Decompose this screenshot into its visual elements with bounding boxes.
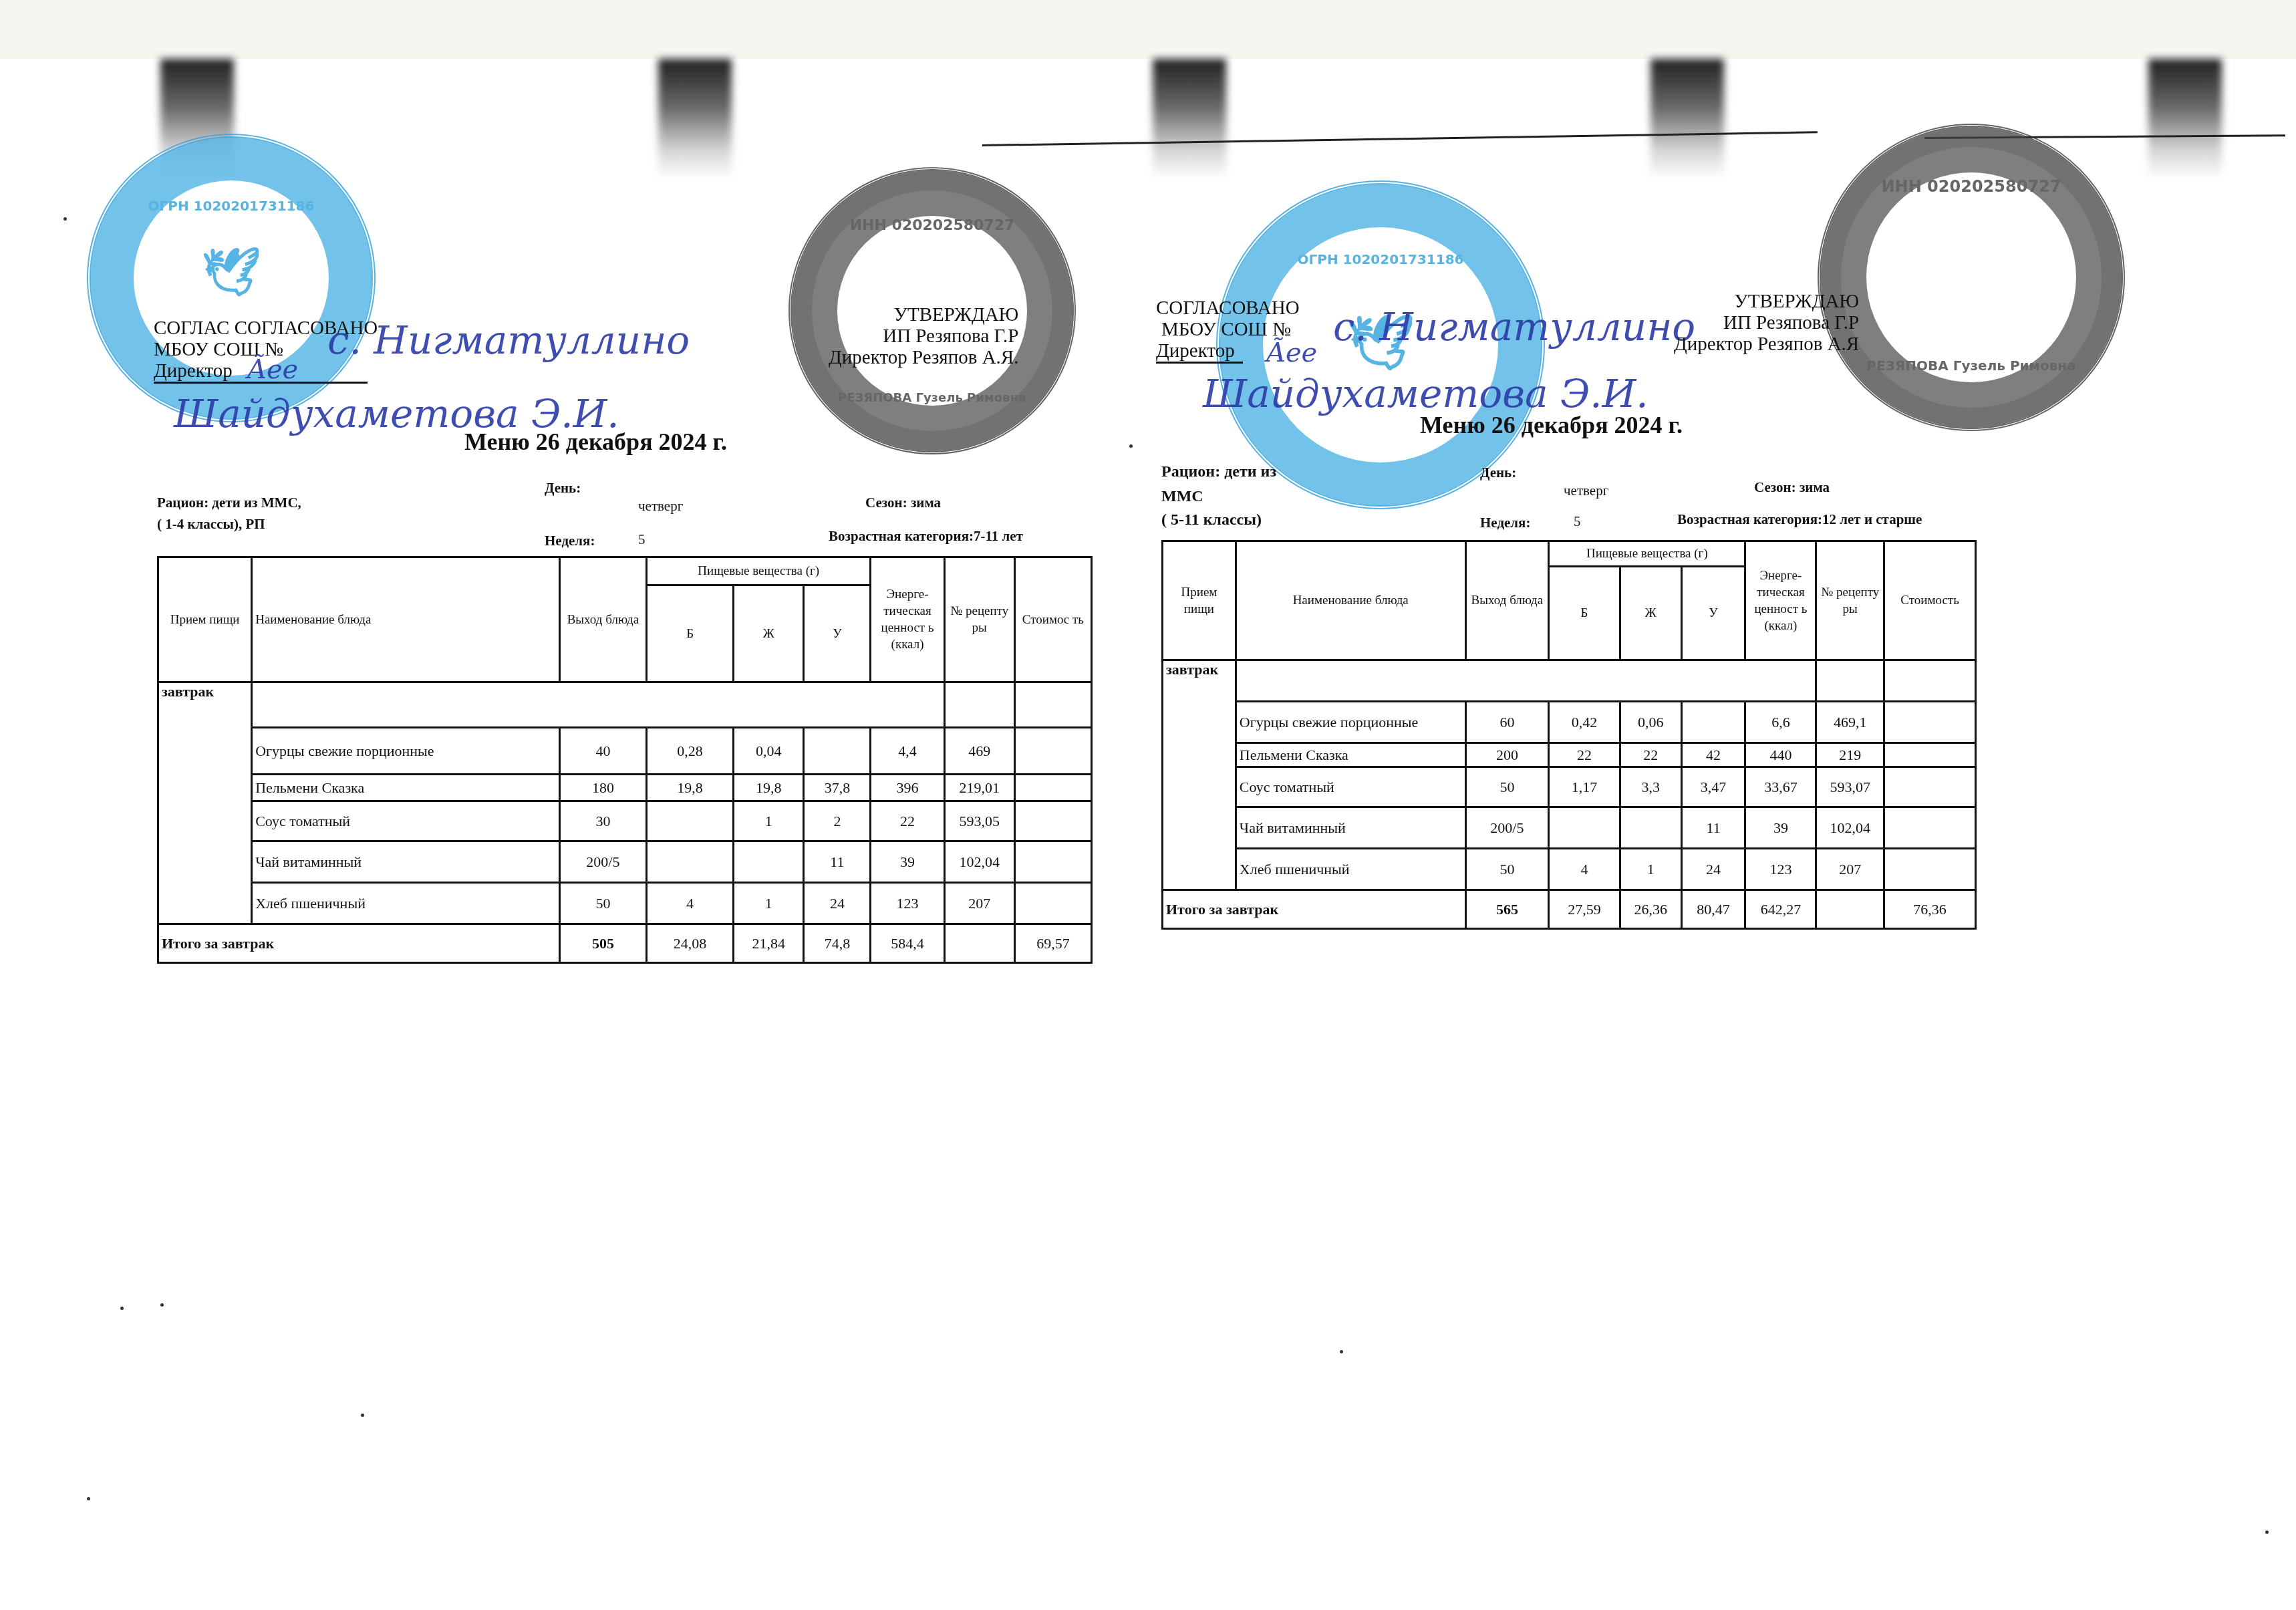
total-row: Итого за завтрак50524,0821,8474,8584,469… [158, 924, 1092, 963]
header-meal: Прием пищи [1163, 541, 1236, 660]
recipe-number: 469,1 [1816, 702, 1884, 743]
yield: 50 [1465, 767, 1549, 807]
fat: 1 [734, 801, 804, 841]
header-yield: Выход блюда [1465, 541, 1549, 660]
approved-role: Директор Резяпов А.Я. [829, 347, 1018, 368]
total-energy: 642,27 [1745, 890, 1816, 929]
cost [1014, 775, 1091, 801]
dish-name: Огурцы свежие порционные [1236, 702, 1465, 743]
protein [647, 841, 734, 883]
approved-block: УТВЕРЖДАЮ ИП Резяпова Г.Р Директор Резяп… [1674, 291, 1859, 355]
recipe-number: 593,07 [1816, 767, 1884, 807]
recipe-number: 593,05 [944, 801, 1014, 841]
carbs: 37,8 [804, 775, 871, 801]
protein: 1,17 [1549, 767, 1620, 807]
fat: 0,04 [734, 728, 804, 775]
carbs: 24 [1681, 849, 1745, 890]
meal-spacer [1236, 660, 1816, 702]
cost [1014, 883, 1091, 924]
header-carbs: У [1681, 567, 1745, 660]
total-cost: 76,36 [1884, 890, 1976, 929]
energy: 440 [1745, 743, 1816, 767]
total-recipe [1816, 890, 1884, 929]
carbs [1681, 702, 1745, 743]
season: Сезон: зима [865, 495, 941, 511]
protein: 19,8 [647, 775, 734, 801]
day-value: четверг [1564, 483, 1608, 499]
scan-dust [361, 1414, 364, 1417]
stamp-inn: ИНН 020202580727 [792, 217, 1072, 234]
scan-smear [2148, 59, 2222, 179]
header-fat: Ж [1620, 567, 1681, 660]
protein: 0,28 [647, 728, 734, 775]
stamp-name: РЕЗЯПОВА Гузель Римовна [792, 391, 1072, 405]
agreed-label: СОГЛАСОВАНО [1156, 297, 1300, 319]
ration-label: Рацион: дети из [1161, 463, 1276, 481]
dish-name: Соус томатный [1236, 767, 1465, 807]
age-category: Возрастная категория:7-11 лет [829, 528, 1023, 545]
yield: 60 [1465, 702, 1549, 743]
total-fat: 26,36 [1620, 890, 1681, 929]
table-row: Соус томатный501,173,33,4733,67593,07 [1163, 767, 1976, 807]
header-recipe: № рецепту ры [1816, 541, 1884, 660]
age-category: Возрастная категория:12 лет и старше [1677, 511, 1922, 528]
protein [647, 801, 734, 841]
table-row: Хлеб пшеничный504124123207 [1163, 849, 1976, 890]
recipe-number: 219,01 [944, 775, 1014, 801]
recipe-number: 207 [944, 883, 1014, 924]
day-value: четверг [638, 498, 683, 515]
meal-spacer [252, 682, 944, 728]
dish-name: Пельмени Сказка [252, 775, 560, 801]
scan-dust [120, 1307, 124, 1310]
ip-stamp: ИНН 020202580727 РЕЗЯПОВА Гузель Римовна [1818, 124, 2125, 431]
energy: 33,67 [1745, 767, 1816, 807]
carbs: 24 [804, 883, 871, 924]
dish-name: Соус томатный [252, 801, 560, 841]
yield: 50 [1465, 849, 1549, 890]
week-value: 5 [638, 531, 645, 548]
meal-name: завтрак [158, 682, 252, 924]
total-label: Итого за завтрак [1163, 890, 1466, 929]
protein: 4 [647, 883, 734, 924]
header-recipe: № рецепту ры [944, 557, 1014, 682]
header-fat: Ж [734, 585, 804, 682]
director-signature: Ãее [247, 354, 298, 385]
table-row: Огурцы свежие порционные600,420,066,6469… [1163, 702, 1976, 743]
yield: 200 [1465, 743, 1549, 767]
fat [1620, 807, 1681, 849]
dish-name: Хлеб пшеничный [1236, 849, 1465, 890]
energy: 396 [871, 775, 944, 801]
scan-smear [1651, 59, 1724, 179]
table-row: Огурцы свежие порционные400,280,044,4469 [158, 728, 1092, 775]
protein: 4 [1549, 849, 1620, 890]
cost [1014, 728, 1091, 775]
recipe-number: 102,04 [1816, 807, 1884, 849]
ration-label-2: ММС [1161, 488, 1203, 506]
fat: 22 [1620, 743, 1681, 767]
energy: 39 [871, 841, 944, 883]
approved-block: УТВЕРЖДАЮ ИП Резяпова Г.Р Директор Резяп… [829, 304, 1018, 368]
table-row: Соус томатный301222593,05 [158, 801, 1092, 841]
energy: 123 [871, 883, 944, 924]
dish-name: Чай витаминный [1236, 807, 1465, 849]
ration-label: Рацион: дети из ММС, [157, 495, 301, 511]
approved-role: Директор Резяпов А.Я [1674, 333, 1859, 355]
table-row: Чай витаминный200/51139102,04 [158, 841, 1092, 883]
total-label: Итого за завтрак [158, 924, 560, 963]
fat [734, 841, 804, 883]
yield: 30 [559, 801, 646, 841]
total-energy: 584,4 [871, 924, 944, 963]
header-cost: Стоимость [1884, 541, 1976, 660]
table-row: Хлеб пшеничный504124123207 [158, 883, 1092, 924]
dish-name: Хлеб пшеничный [252, 883, 560, 924]
meal-spacer [944, 682, 1014, 728]
energy: 123 [1745, 849, 1816, 890]
scan-dust [87, 1497, 90, 1500]
handwritten-village: с. Нигматуллино [327, 317, 690, 363]
menu-title: Меню 26 декабря 2024 г. [1420, 411, 1683, 439]
scan-smear [658, 59, 732, 179]
carbs [804, 728, 871, 775]
approved-org: ИП Резяпова Г.Р [829, 325, 1018, 347]
approved-org: ИП Резяпова Г.Р [1674, 312, 1859, 333]
protein [1549, 807, 1620, 849]
header-energy: Энерге-тическая ценност ь (ккал) [1745, 541, 1816, 660]
total-protein: 27,59 [1549, 890, 1620, 929]
day-label: День: [545, 480, 581, 497]
approved-label: УТВЕРЖДАЮ [829, 304, 1018, 325]
season: Сезон: зима [1754, 479, 1830, 496]
scan-dust [1340, 1350, 1343, 1353]
fat: 1 [1620, 849, 1681, 890]
header-cost: Стоимос ть [1014, 557, 1091, 682]
meal-spacer [1014, 682, 1091, 728]
total-yield: 565 [1465, 890, 1549, 929]
table-row: Пельмени Сказка18019,819,837,8396219,01 [158, 775, 1092, 801]
recipe-number: 102,04 [944, 841, 1014, 883]
agreed-role: Директор [1156, 340, 1243, 364]
total-carbs: 74,8 [804, 924, 871, 963]
energy: 4,4 [871, 728, 944, 775]
total-protein: 24,08 [647, 924, 734, 963]
fat: 3,3 [1620, 767, 1681, 807]
day-label: День: [1480, 464, 1516, 481]
meal-spacer [1884, 660, 1976, 702]
cost [1884, 807, 1976, 849]
yield: 180 [559, 775, 646, 801]
scan-dust [2265, 1530, 2269, 1534]
yield: 40 [559, 728, 646, 775]
table-row: Пельмени Сказка200222242440219 [1163, 743, 1976, 767]
handwritten-village: с. Нигматуллино [1333, 304, 1695, 350]
scan-edge [0, 0, 2296, 59]
carbs: 2 [804, 801, 871, 841]
carbs: 11 [804, 841, 871, 883]
ration-sub: ( 1-4 классы), РП [157, 516, 265, 533]
carbs: 11 [1681, 807, 1745, 849]
recipe-number: 207 [1816, 849, 1884, 890]
menu-table: Прием пищи Наименование блюда Выход блюд… [157, 556, 1093, 964]
week-label: Неделя: [545, 533, 595, 549]
director-signature: Ãее [1266, 338, 1317, 368]
header-energy: Энерге-тическая ценност ь (ккал) [871, 557, 944, 682]
energy: 6,6 [1745, 702, 1816, 743]
protein: 0,42 [1549, 702, 1620, 743]
carbs: 3,47 [1681, 767, 1745, 807]
cost [1884, 702, 1976, 743]
scan-smear [1153, 59, 1226, 179]
cost [1884, 743, 1976, 767]
yield: 200/5 [1465, 807, 1549, 849]
total-fat: 21,84 [734, 924, 804, 963]
handwritten-director-name: Шайдухаметова Э.И. [1203, 371, 1648, 416]
energy: 22 [871, 801, 944, 841]
yield: 50 [559, 883, 646, 924]
menu-table: Прием пищи Наименование блюда Выход блюд… [1161, 540, 1977, 930]
header-carbs: У [804, 585, 871, 682]
approved-label: УТВЕРЖДАЮ [1674, 291, 1859, 312]
dish-name: Пельмени Сказка [1236, 743, 1465, 767]
recipe-number: 219 [1816, 743, 1884, 767]
cost [1014, 841, 1091, 883]
header-meal: Прием пищи [158, 557, 252, 682]
stamp-inn: ИНН 020202580727 [1821, 177, 2122, 196]
table-row: Чай витаминный200/51139102,04 [1163, 807, 1976, 849]
fat: 0,06 [1620, 702, 1681, 743]
week-label: Неделя: [1480, 515, 1530, 531]
stamp-ogrn: ОГРН 1020201731186 [91, 198, 372, 214]
bird-emblem-icon: 🕊 [91, 245, 372, 300]
total-cost: 69,57 [1014, 924, 1091, 963]
dish-name: Чай витаминный [252, 841, 560, 883]
cost [1014, 801, 1091, 841]
total-yield: 505 [559, 924, 646, 963]
week-value: 5 [1574, 513, 1581, 530]
total-carbs: 80,47 [1681, 890, 1745, 929]
header-dish: Наименование блюда [1236, 541, 1465, 660]
total-recipe [944, 924, 1014, 963]
carbs: 42 [1681, 743, 1745, 767]
header-nutrients: Пищевые вещества (г) [647, 557, 871, 585]
ration-sub: ( 5-11 классы) [1161, 511, 1262, 529]
stamp-name: РЕЗЯПОВА Гузель Римовна [1821, 358, 2122, 374]
dish-name: Огурцы свежие порционные [252, 728, 560, 775]
header-protein: Б [1549, 567, 1620, 660]
scan-dust [63, 217, 67, 221]
header-yield: Выход блюда [559, 557, 646, 682]
header-protein: Б [647, 585, 734, 682]
cost [1884, 767, 1976, 807]
scan-dust [1129, 444, 1133, 448]
meal-name: завтрак [1163, 660, 1236, 890]
energy: 39 [1745, 807, 1816, 849]
yield: 200/5 [559, 841, 646, 883]
scan-dust [160, 1303, 164, 1307]
recipe-number: 469 [944, 728, 1014, 775]
fat: 1 [734, 883, 804, 924]
total-row: Итого за завтрак56527,5926,3680,47642,27… [1163, 890, 1976, 929]
menu-title: Меню 26 декабря 2024 г. [464, 428, 727, 456]
header-nutrients: Пищевые вещества (г) [1549, 541, 1745, 567]
protein: 22 [1549, 743, 1620, 767]
header-dish: Наименование блюда [252, 557, 560, 682]
stamp-ogrn: ОГРН 1020201731186 [1220, 251, 1541, 267]
fat: 19,8 [734, 775, 804, 801]
meal-spacer [1816, 660, 1884, 702]
cost [1884, 849, 1976, 890]
